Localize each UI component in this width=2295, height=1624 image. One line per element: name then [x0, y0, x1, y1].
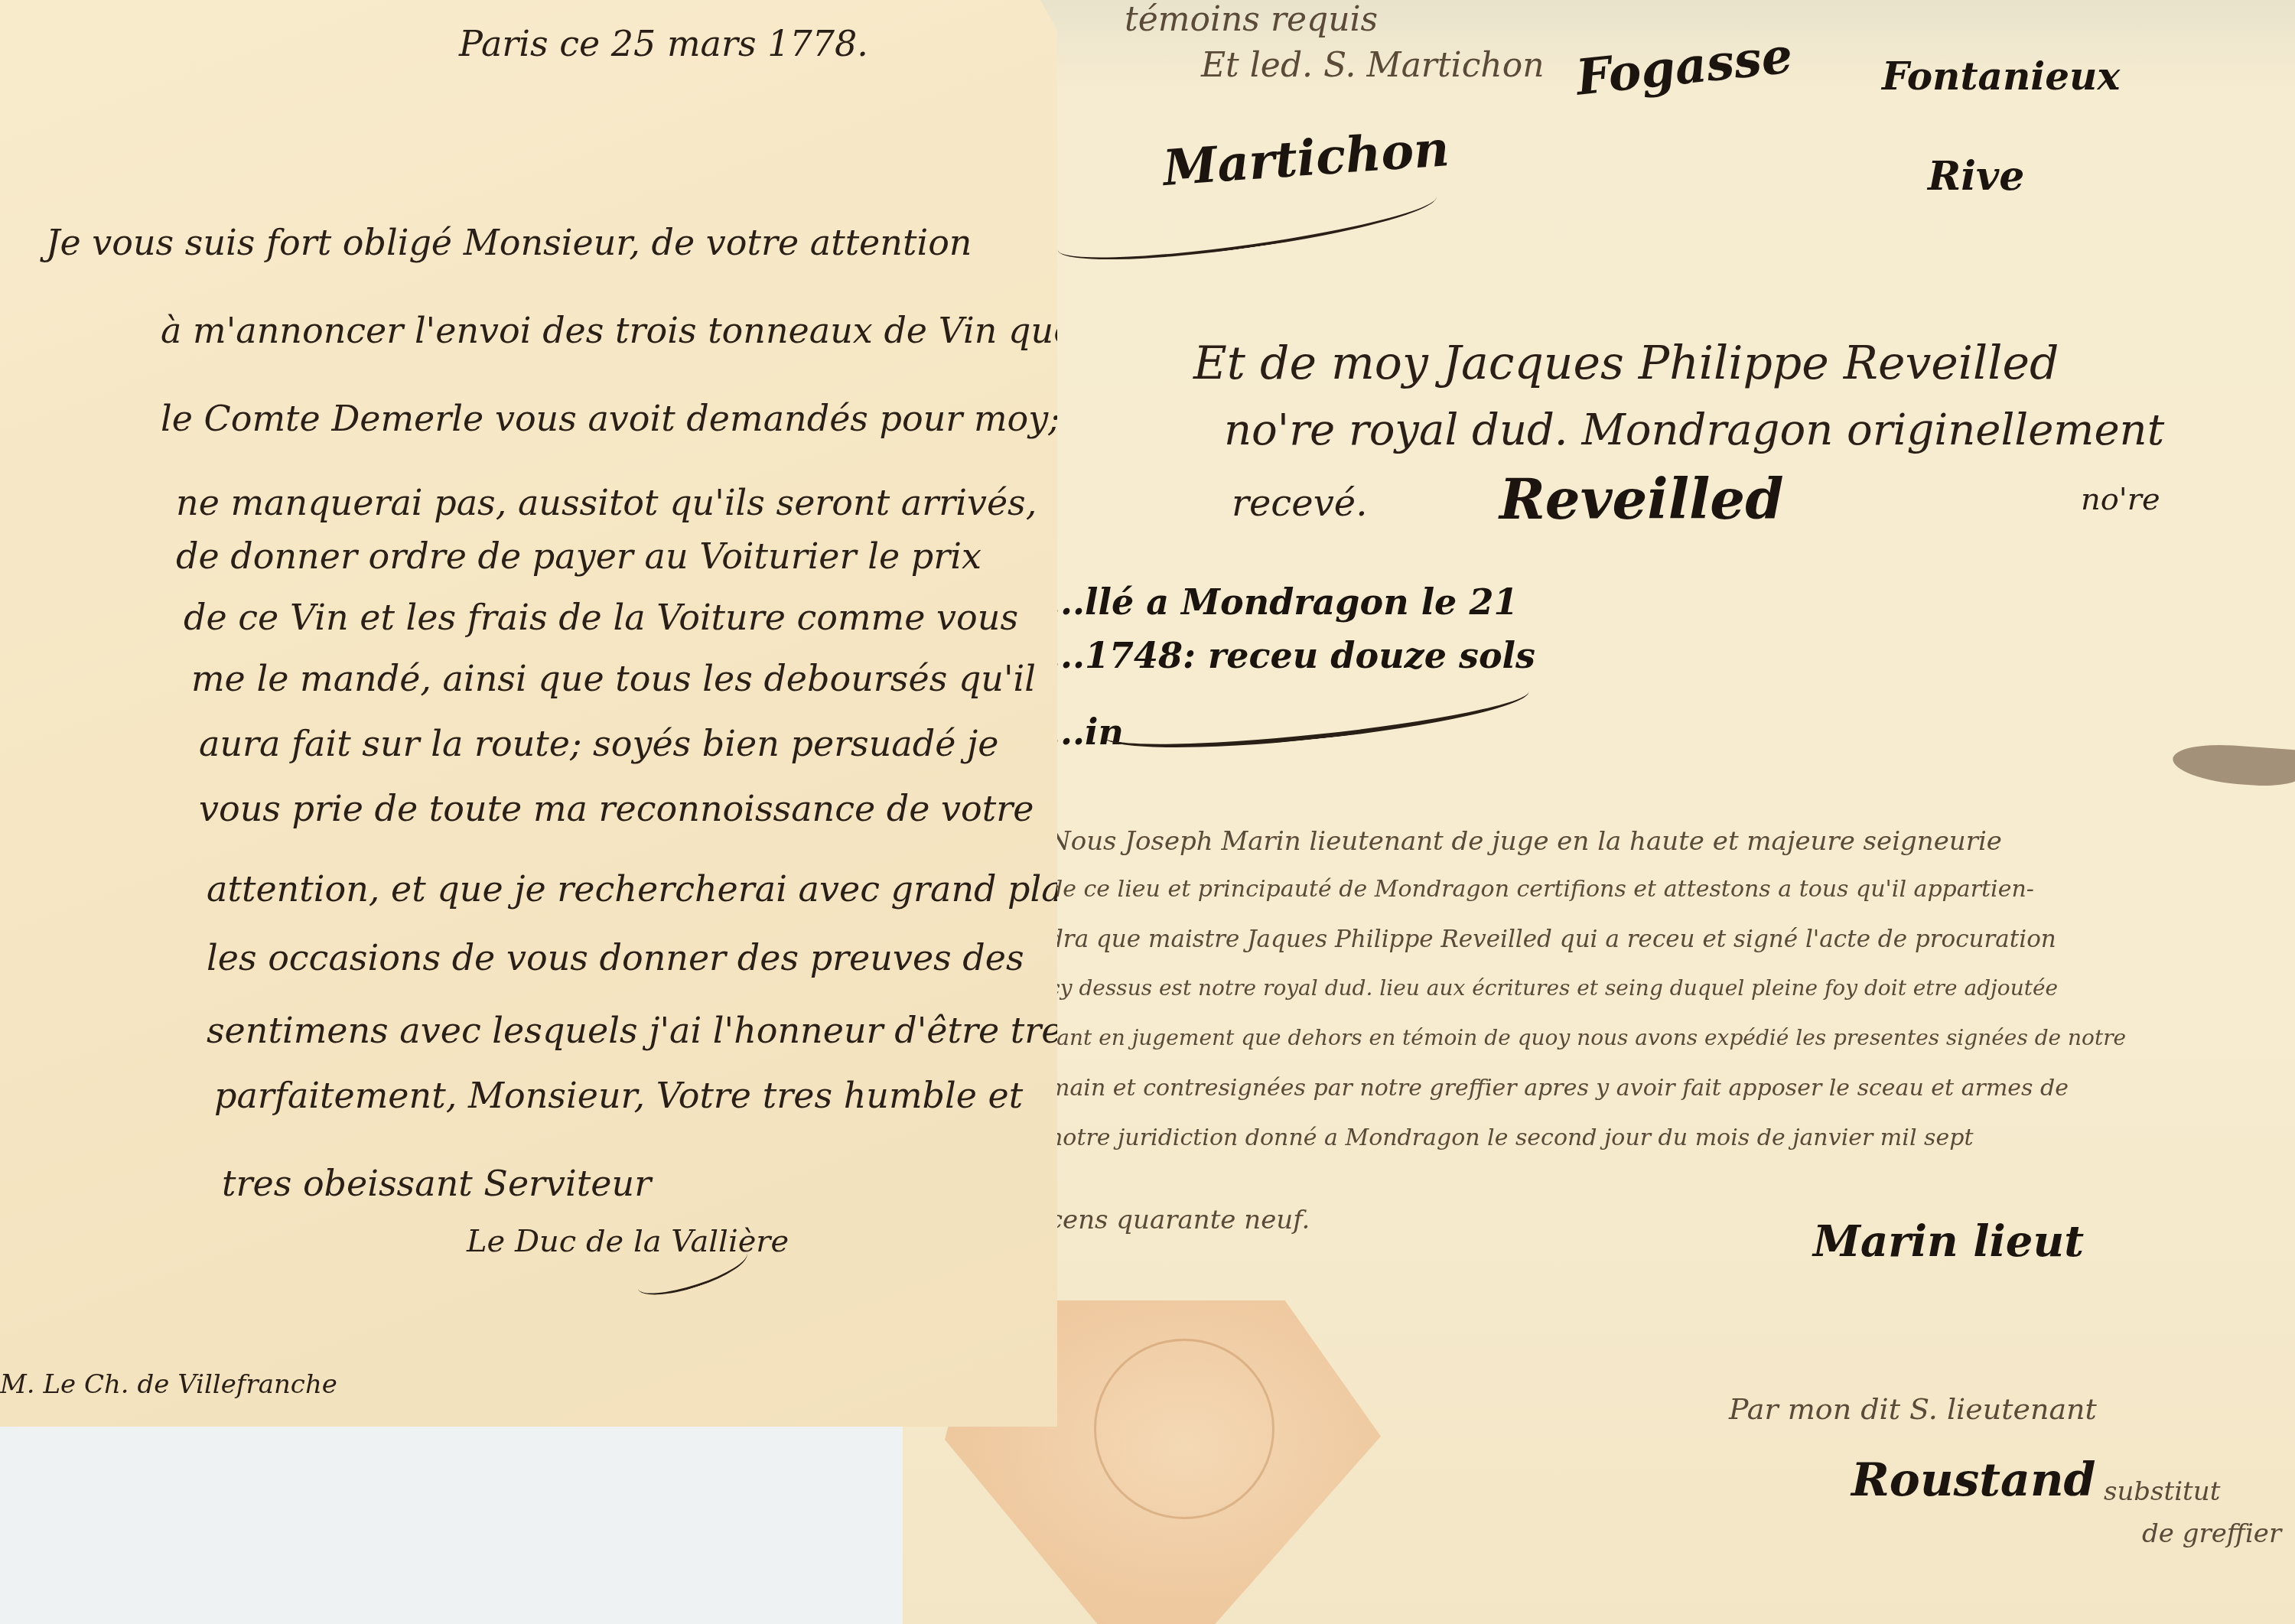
letter-body-line-1: Je vous suis fort obligé Monsieur, de vo…	[46, 222, 972, 263]
clerk-title-line-2: de greffier	[2142, 1518, 2281, 1549]
clause-line-3: recevé.	[1232, 482, 1367, 525]
seal-impression-ring	[1094, 1339, 1274, 1519]
certification-line-3: dra que maistre Jaques Philippe Reveille…	[1048, 926, 2056, 953]
letter-address-note: M. Le Ch. de Villefranche	[0, 1369, 337, 1400]
clause-line-1: Et de moy Jacques Philippe Reveilled	[1193, 337, 2059, 390]
deed-top-fragment: témoins requis	[1125, 0, 1378, 39]
clerk-signature: Roustand	[1851, 1453, 2095, 1507]
certification-line-6: main et contresignées par notre greffier…	[1048, 1075, 2069, 1102]
certification-line-5: tant en jugement que dehors en témoin de…	[1048, 1025, 2126, 1050]
letter-body-line-10: attention, et que je rechercherai avec g…	[207, 868, 1120, 910]
letter-body-line-9: vous prie de toute ma reconnoissance de …	[199, 788, 1034, 829]
letter-dateline: Paris ce 25 mars 1778.	[459, 23, 868, 64]
deed-witness-line: Et led. S. Martichon	[1201, 46, 1544, 85]
notary-signature: Reveilled	[1499, 467, 1784, 532]
certification-line-4: cy dessus est notre royal dud. lieu aux …	[1048, 975, 2058, 1001]
letter-sheet: Paris ce 25 mars 1778. Je vous suis fort…	[0, 0, 1057, 1427]
certification-line-1: Nous Joseph Marin lieutenant de juge en …	[1048, 826, 2002, 857]
notary-suffix: no're	[2081, 482, 2160, 517]
letter-body-line-11: les occasions de vous donner des preuves…	[207, 937, 1024, 978]
certification-line-7: notre juridiction donné a Mondragon le s…	[1048, 1124, 1973, 1151]
letter-body-line-13: parfaitement, Monsieur, Votre tres humbl…	[214, 1075, 1023, 1116]
letter-body-line-14: tres obeissant Serviteur	[222, 1163, 651, 1204]
letter-body-line-8: aura fait sur la route; soyés bien persu…	[199, 723, 999, 764]
clerk-title-line-1: substitut	[2104, 1476, 2220, 1507]
certification-line-8: cens quarante neuf.	[1048, 1205, 1310, 1235]
margin-note-line-1: ...llé a Mondragon le 21	[1048, 581, 1518, 623]
letter-body-line-2: à m'annoncer l'envoi des trois tonneaux …	[161, 310, 1133, 351]
countersign-line: Par mon dit S. lieutenant	[1729, 1392, 2097, 1426]
letter-body-line-3: le Comte Demerle vous avoit demandés pou…	[161, 398, 1103, 439]
letter-body-line-7: me le mandé, ainsi que tous les deboursé…	[191, 658, 1036, 699]
letter-body-line-12: sentimens avec lesquels j'ai l'honneur d…	[207, 1010, 1080, 1051]
signature-fogasse: Fogasse	[1574, 27, 1795, 106]
letter-body-line-4: ne manquerai pas, aussitot qu'ils seront…	[176, 482, 1037, 523]
margin-note-flourish	[1100, 666, 1532, 761]
letter-body-line-5: de donner ordre de payer au Voiturier le…	[176, 535, 981, 577]
signature-martichon: Martichon	[1161, 120, 1451, 197]
signature-rive: Rive	[1928, 153, 2024, 200]
clause-line-2: no're royal dud. Mondragon originellemen…	[1224, 405, 2164, 455]
margin-note-line-2: ...1748: receu douze sols	[1048, 635, 1535, 676]
letter-body-line-6: de ce Vin et les frais de la Voiture com…	[184, 597, 1018, 638]
certification-line-2: de ce lieu et principauté de Mondragon c…	[1048, 876, 2034, 903]
signature-fontanieux: Fontanieux	[1882, 54, 2120, 99]
judge-signature: Marin lieut	[1813, 1216, 2084, 1267]
